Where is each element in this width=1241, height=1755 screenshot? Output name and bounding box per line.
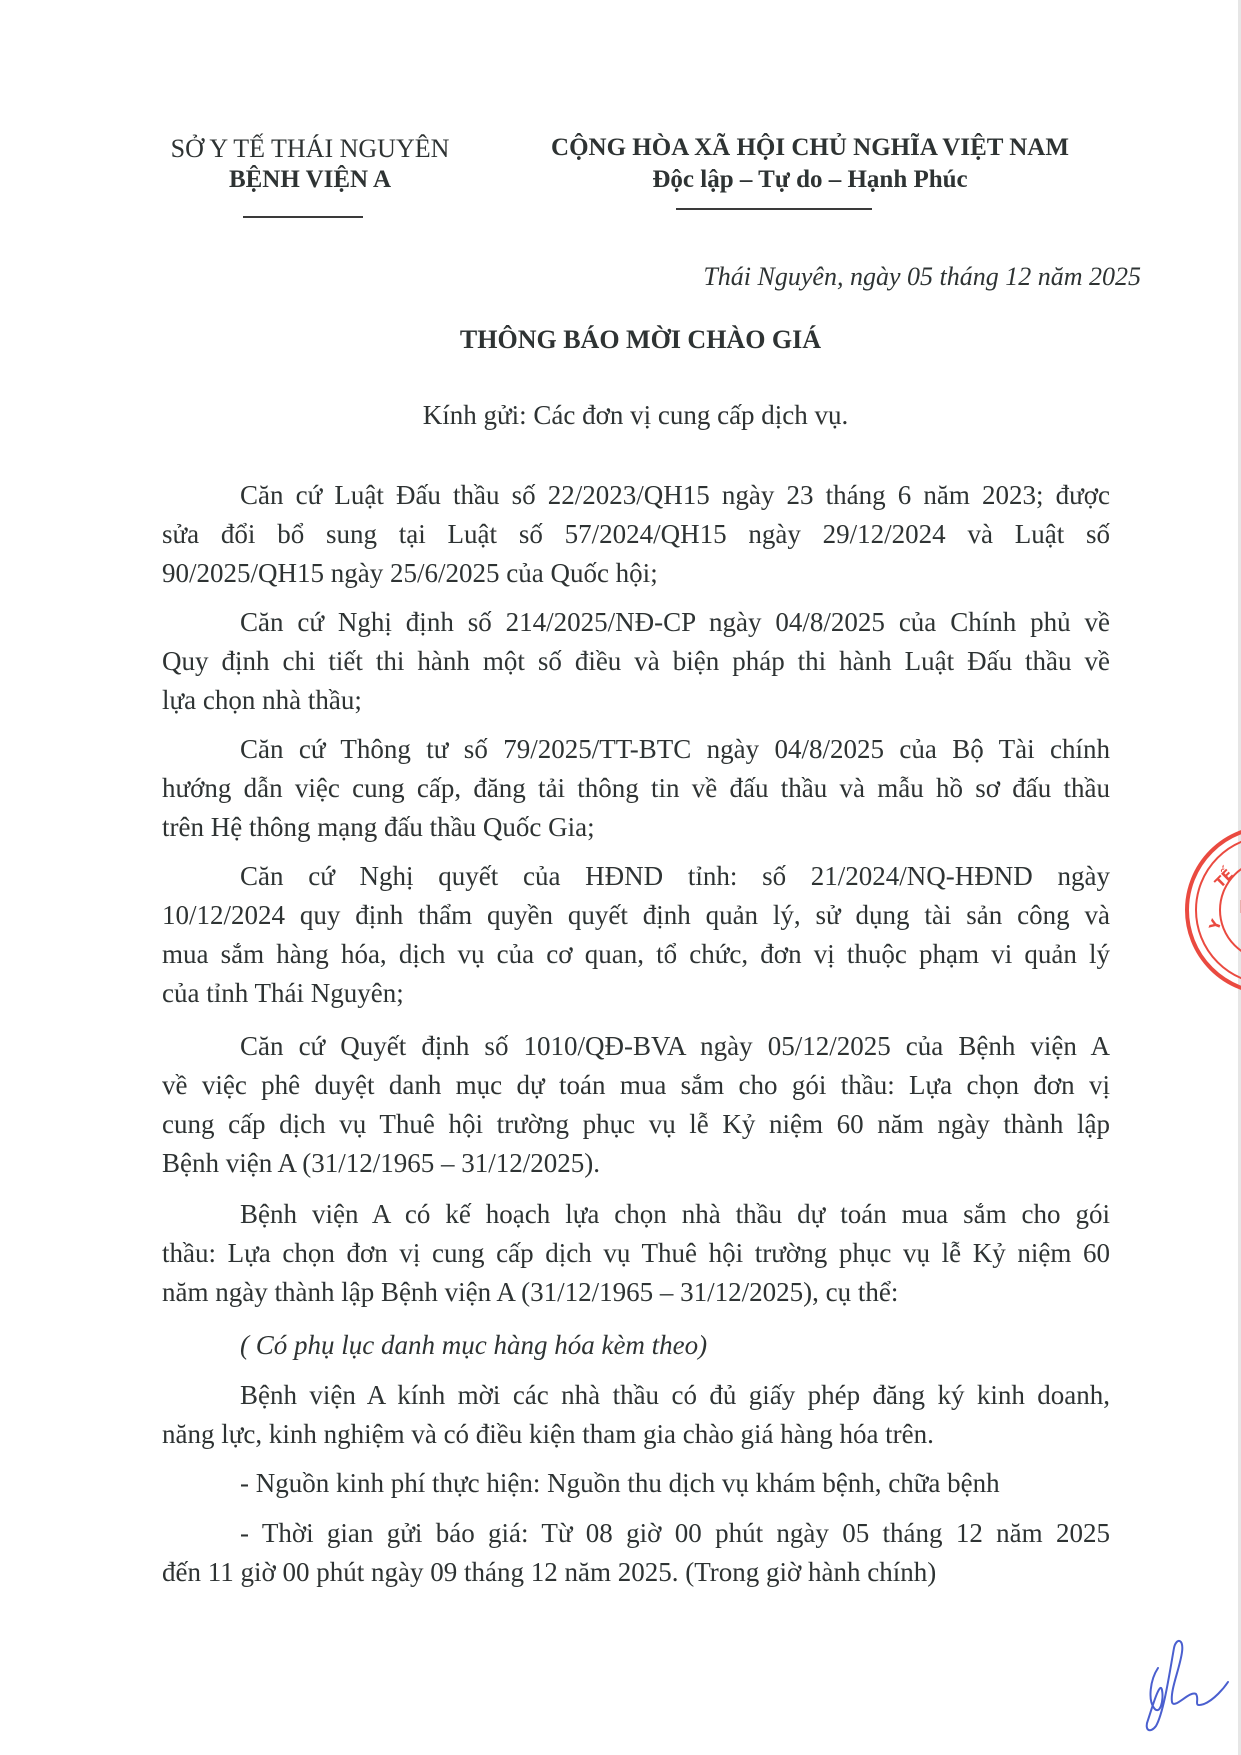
- body-line: hướng dẫn việc cung cấp, đăng tải thông …: [162, 771, 1110, 805]
- body-line: năng lực, kinh nghiệm và có điều kiện th…: [162, 1417, 1110, 1451]
- signature-mark: [1130, 1630, 1230, 1740]
- body-line: thầu: Lựa chọn đơn vị cung cấp dịch vụ T…: [162, 1236, 1110, 1270]
- body-line: trên Hệ thông mạng đấu thầu Quốc Gia;: [162, 810, 1110, 844]
- document-title: THÔNG BÁO MỜI CHÀO GIÁ: [0, 325, 1241, 355]
- body-line: 10/12/2024 quy định thẩm quyền quyết địn…: [162, 898, 1110, 932]
- country-name: CỘNG HÒA XÃ HỘI CHỦ NGHĨA VIỆT NAM: [520, 134, 1100, 162]
- body-line: đến 11 giờ 00 phút ngày 09 tháng 12 năm …: [162, 1555, 1110, 1589]
- official-stamp: Y TẾ B: [1185, 825, 1241, 995]
- body-line: lựa chọn nhà thầu;: [162, 683, 1110, 717]
- body-line: Căn cứ Quyết định số 1010/QĐ-BVA ngày 05…: [240, 1029, 1110, 1063]
- body-line: Căn cứ Nghị định số 214/2025/NĐ-CP ngày …: [240, 605, 1110, 639]
- body-line: Bệnh viện A có kế hoạch lựa chọn nhà thầ…: [240, 1197, 1110, 1231]
- body-line: của tỉnh Thái Nguyên;: [162, 976, 1110, 1010]
- body-line: Bệnh viện A kính mời các nhà thầu có đủ …: [240, 1378, 1110, 1412]
- right-header-rule: [676, 208, 872, 210]
- body-line: cung cấp dịch vụ Thuê hội trường phục vụ…: [162, 1107, 1110, 1141]
- body-line: Quy định chi tiết thi hành một số điều v…: [162, 644, 1110, 678]
- body-line: 90/2025/QH15 ngày 25/6/2025 của Quốc hội…: [162, 556, 1110, 590]
- body-line: Căn cứ Nghị quyết của HĐND tỉnh: số 21/2…: [240, 859, 1110, 893]
- body-line: - Thời gian gửi báo giá: Từ 08 giờ 00 ph…: [240, 1516, 1110, 1550]
- stamp-text: TẾ: [1212, 867, 1237, 892]
- body-line: về việc phê duyệt danh mục dự toán mua s…: [162, 1068, 1110, 1102]
- body-line: - Nguồn kinh phí thực hiện: Nguồn thu dị…: [240, 1466, 1110, 1500]
- organization-name: BỆNH VIỆN A: [150, 166, 470, 194]
- national-motto: Độc lập – Tự do – Hạnh Phúc: [520, 166, 1100, 194]
- body-line: Căn cứ Luật Đấu thầu số 22/2023/QH15 ngà…: [240, 478, 1110, 512]
- stamp-text: Y: [1207, 917, 1226, 932]
- body-line: Căn cứ Thông tư số 79/2025/TT-BTC ngày 0…: [240, 732, 1110, 766]
- body-line: Bệnh viện A (31/12/1965 – 31/12/2025).: [162, 1146, 1110, 1180]
- body-line: mua sắm hàng hóa, dịch vụ của cơ quan, t…: [162, 937, 1110, 971]
- document-page: SỞ Y TẾ THÁI NGUYÊN BỆNH VIỆN A CỘNG HÒA…: [0, 0, 1241, 1755]
- body-line: sửa đổi bổ sung tại Luật số 57/2024/QH15…: [162, 517, 1110, 551]
- left-header-rule: [243, 216, 363, 218]
- date-line: Thái Nguyên, ngày 05 tháng 12 năm 2025: [703, 262, 1141, 292]
- department-name: SỞ Y TẾ THÁI NGUYÊN: [150, 134, 470, 164]
- body-line: năm ngày thành lập Bệnh viện A (31/12/19…: [162, 1275, 1110, 1309]
- body-line: ( Có phụ lục danh mục hàng hóa kèm theo): [240, 1328, 1110, 1362]
- salutation: Kính gửi: Các đơn vị cung cấp dịch vụ.: [0, 400, 1241, 431]
